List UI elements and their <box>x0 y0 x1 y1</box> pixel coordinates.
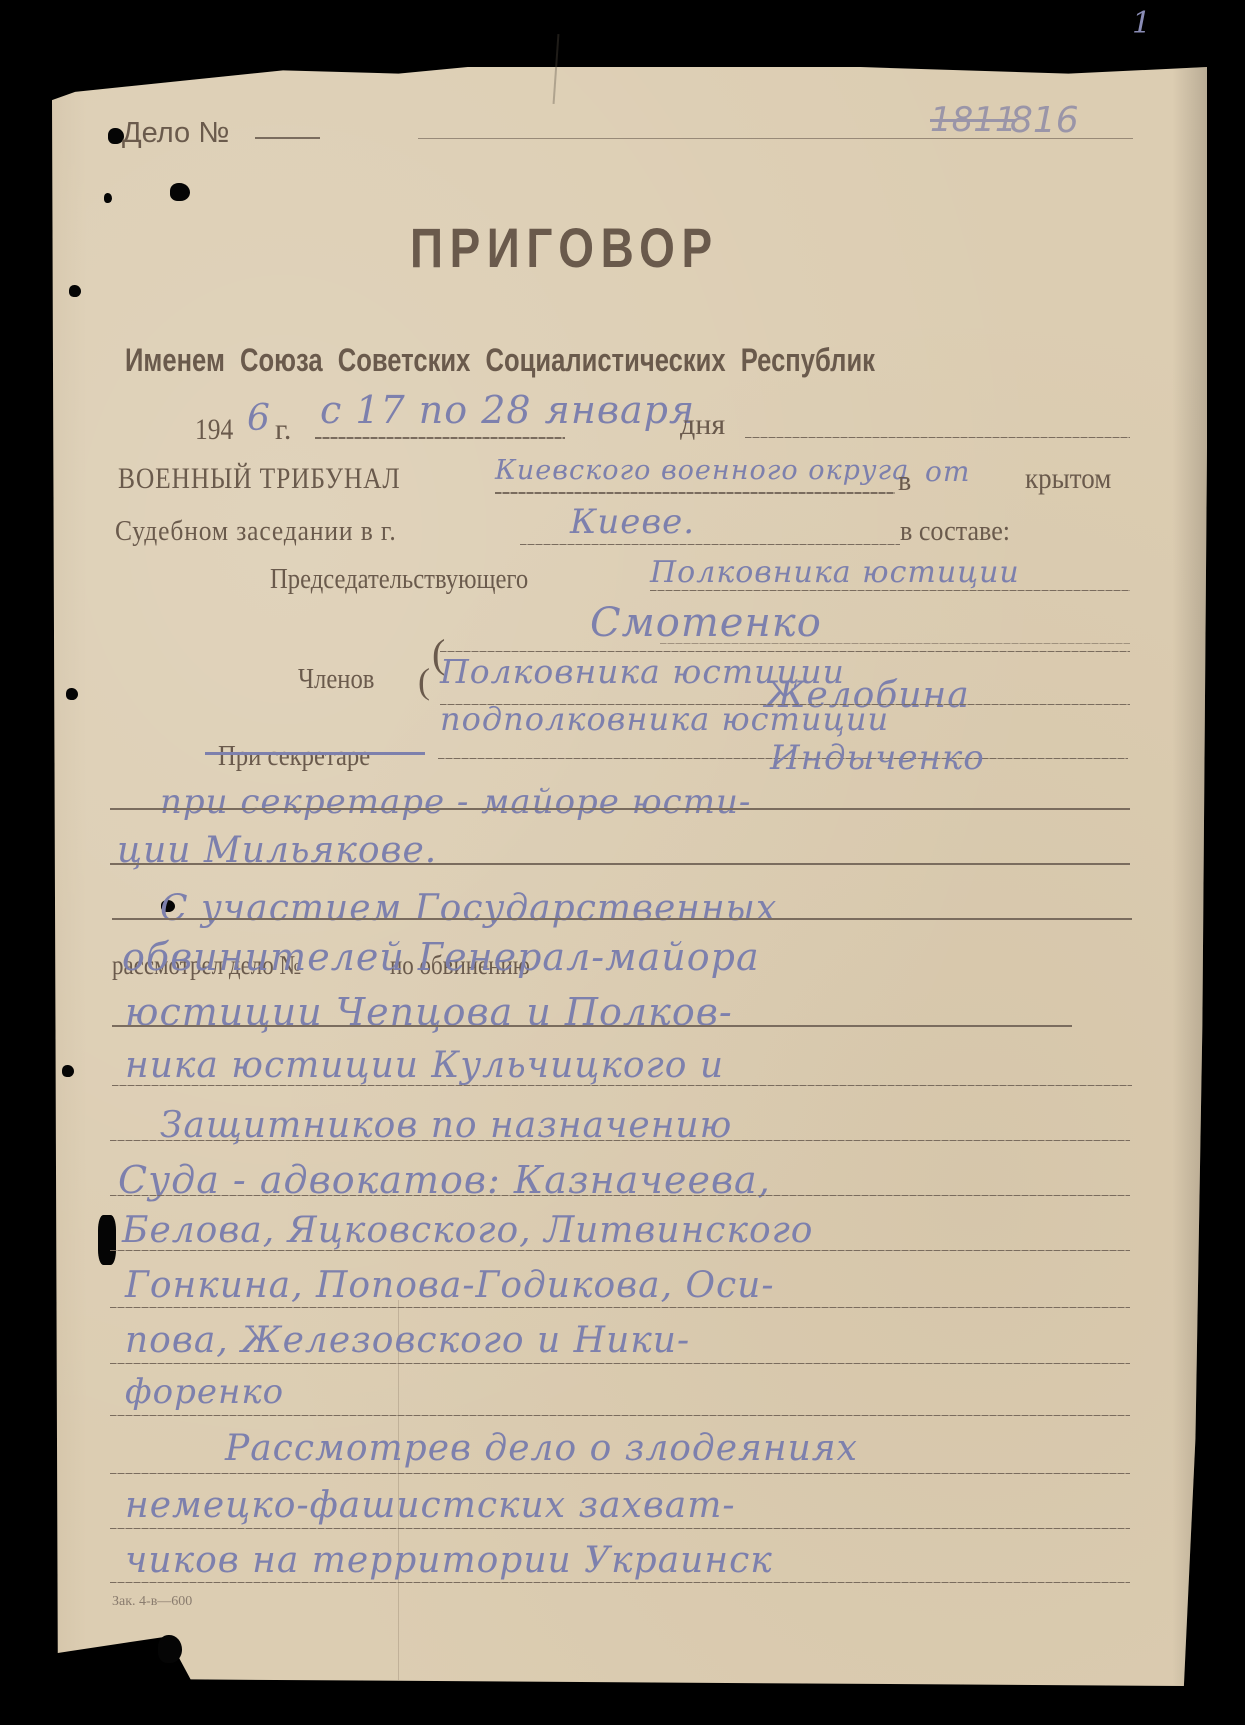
session-label: Судебном заседании в г. <box>115 515 397 548</box>
date-line-rule-right <box>745 437 1130 438</box>
body-rule <box>110 1195 1130 1196</box>
prosecution-handwritten-2: обвинителей Генерал-майора <box>122 935 760 979</box>
year-g-label: г. <box>275 413 291 447</box>
punch-hole <box>104 193 112 203</box>
punch-hole <box>62 1065 74 1077</box>
city-handwritten: Киеве. <box>570 502 695 542</box>
brace-middle: ( <box>418 660 430 702</box>
body-line: чиков на территории Украинск <box>125 1540 773 1581</box>
tribunal-rule <box>495 492 895 494</box>
body-rule <box>110 1528 1130 1529</box>
members-rule-1 <box>440 651 1130 652</box>
chair-rule-2 <box>660 643 1130 644</box>
body-line: пова, Железовского и Ники- <box>125 1320 690 1361</box>
body-rule-1 <box>110 808 1130 810</box>
secretary-strikethrough <box>205 752 425 755</box>
chair-label: Председательствующего <box>270 563 528 596</box>
prosecution-handwritten-1: С участием Государственных <box>160 888 777 929</box>
secretary-handwritten-1: при секретаре - майоре юсти- <box>160 782 751 822</box>
body-line: форенко <box>125 1372 284 1412</box>
body-rule-2 <box>110 863 1130 865</box>
punch-hole <box>98 1215 116 1265</box>
document-subtitle: Именем Союза Советских Социалистических … <box>125 342 875 379</box>
case-number-line <box>255 137 320 139</box>
body-line: Белова, Яцковского, Литвинского <box>122 1210 813 1251</box>
body-rule <box>110 1140 1130 1141</box>
member-2-rank-handwritten: подполковника юстиции <box>440 700 889 738</box>
body-rule <box>110 1307 1130 1308</box>
document-title: ПРИГОВОР <box>410 215 719 280</box>
year-prefix: 194 <box>195 413 233 447</box>
punch-hole <box>170 183 190 201</box>
punch-hole <box>158 1635 182 1663</box>
day-label: дня <box>680 408 725 442</box>
body-line: ника юстиции Кульчицкого и <box>125 1045 724 1086</box>
body-rule <box>110 1250 1130 1251</box>
chair-rule <box>650 590 1130 591</box>
year-suffix-handwritten: 6 <box>247 398 271 439</box>
date-line-rule <box>315 437 565 439</box>
body-line: немецко-фашистских захват- <box>125 1485 736 1526</box>
punch-hole <box>69 285 81 297</box>
tribunal-handwritten-2: от <box>925 455 970 488</box>
case-number-crossed: 1811 <box>930 100 1017 140</box>
case-number-value: 816 <box>1010 100 1079 141</box>
body-line: Рассмотрев дело о злодеяниях <box>225 1428 858 1469</box>
tribunal-suffix: крытом <box>1025 462 1111 496</box>
body-line: юстиции Чепцова и Полков- <box>125 990 733 1034</box>
page-number-mark: 1 <box>1132 6 1152 41</box>
punch-hole <box>66 688 78 700</box>
body-rule <box>112 1085 1132 1086</box>
tribunal-label: ВОЕННЫЙ ТРИБУНАЛ <box>118 462 401 496</box>
body-rule <box>110 1363 1130 1364</box>
tribunal-handwritten: Киевского военного округа <box>495 455 909 486</box>
case-number-label: Дело № <box>122 117 229 150</box>
body-rule <box>110 1582 1130 1583</box>
print-order-code: Зак. 4-в—600 <box>112 1594 192 1610</box>
date-handwritten: с 17 по 28 января <box>320 388 695 432</box>
member-2-name-handwritten: Индыченко <box>770 738 985 778</box>
chair-name-handwritten: Смотенко <box>590 600 822 646</box>
session-suffix: в составе: <box>900 515 1010 548</box>
secretary-label-struck: При секретаре <box>218 740 370 773</box>
header-line <box>418 138 1133 139</box>
body-rule <box>110 1473 1130 1474</box>
chair-rank-handwritten: Полковника юстиции <box>650 555 1020 590</box>
body-rule-3 <box>112 918 1132 920</box>
body-rule <box>112 1025 1072 1027</box>
session-rule <box>520 544 900 545</box>
members-label: Членов <box>298 663 374 696</box>
tribunal-v-label: в <box>898 466 911 498</box>
body-rule <box>110 1415 1130 1416</box>
body-line: Гонкина, Попова-Годикова, Оси- <box>125 1265 775 1306</box>
